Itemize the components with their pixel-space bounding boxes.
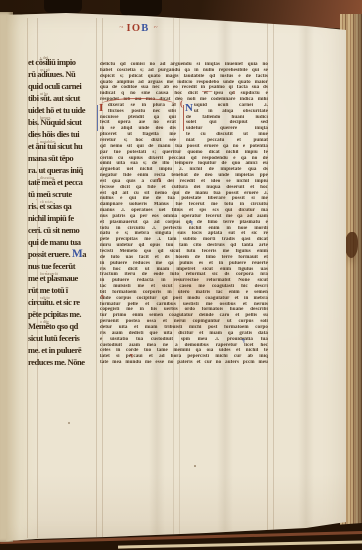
ink-speck bbox=[68, 422, 70, 424]
right-column-lines: ūquid oculi carnei .i.ut in aliqa obscūr… bbox=[186, 103, 268, 144]
running-title: ~· IOB ·~ bbox=[96, 22, 180, 35]
blue-paraph-mark: ¶ bbox=[190, 221, 193, 226]
bible-text-line: qsi nōrū adiuues. Nū bbox=[28, 68, 100, 80]
bible-text-line: breuesbis. Nūquid sicut bbox=[28, 116, 100, 128]
commentary-line: tate mea mundū me esse nō pateris et cur… bbox=[100, 360, 268, 366]
bible-text-line: ut hotibi sūt. aut sicut bbox=[28, 92, 100, 104]
bible-text-line: uidet hō et tu uide bbox=[28, 104, 100, 116]
bible-text-line: s deūet cōsiliū impio bbox=[28, 56, 100, 68]
blue-paraph-mark: ¶ bbox=[242, 339, 245, 344]
red-line-filler: ~~~~ bbox=[202, 90, 212, 95]
commentary-bottom-section: qd nemo sit qui de manu tua possit eruer… bbox=[100, 144, 268, 366]
bible-text-line: formauerūtme et plasmaue bbox=[28, 272, 100, 284]
binding-fitting bbox=[120, 0, 162, 16]
bible-text-line: ra. ut queras iniq̄ bbox=[28, 164, 100, 176]
red-paraph-mark: ¶ bbox=[158, 178, 161, 183]
red-paraph-mark: ¶ bbox=[130, 354, 133, 359]
commentary-top-section: delictū qd comisi nō ad arguendū si iniq… bbox=[100, 62, 268, 103]
left-column-lines: dixerat se in plura afflictōes positū ne… bbox=[100, 103, 176, 144]
bible-text-line: pēte pcipitas me. bbox=[28, 308, 100, 320]
manuscript-photo: ~· IOB ·~ 98 s deūet cōsiliū impioqsi nō… bbox=[0, 0, 362, 550]
interlinear-gloss: cū scias bbox=[40, 196, 53, 208]
header-letter: B bbox=[141, 23, 149, 35]
commentary-left-column: I dixerat se in plura afflictōes positū … bbox=[100, 103, 176, 144]
red-paraph-mark: ¶ bbox=[101, 295, 104, 300]
decorated-initial: M bbox=[72, 248, 82, 260]
interlinear-gloss: s deū bbox=[40, 52, 49, 64]
red-flourish: ·~ bbox=[153, 25, 156, 31]
header-letter: O bbox=[132, 23, 141, 35]
bible-text-line: subitocircuitu. et sic re bbox=[28, 296, 100, 308]
interlinear-gloss: subito bbox=[40, 292, 50, 304]
initial-penwork-tail bbox=[97, 105, 98, 131]
interlinear-gloss: ut ho bbox=[40, 88, 48, 100]
red-capital-touch: · bbox=[36, 197, 37, 202]
bible-text-column: s deūet cōsiliū impioqsi nōrū adiuues. N… bbox=[28, 56, 100, 368]
red-flourish: ~· bbox=[119, 25, 122, 31]
bible-text-line: tū meū scrute bbox=[28, 188, 100, 200]
bible-text-line: me. et in puluerē bbox=[28, 344, 100, 356]
bible-text-line: o dñeMemēto qso qd bbox=[28, 320, 100, 332]
ink-speck bbox=[194, 465, 196, 467]
bible-text-line: possit eruere. Ma bbox=[28, 248, 100, 260]
commentary-block: delictū qd comisi nō ad arguendū si iniq… bbox=[100, 62, 268, 366]
interlinear-gloss: breues bbox=[40, 112, 51, 124]
commentary-columns: I dixerat se in plura afflictōes positū … bbox=[100, 103, 268, 144]
bible-text-line: cū sciasris. et scias qa bbox=[28, 200, 100, 212]
red-penwork-arc bbox=[100, 98, 176, 105]
manuscript-page: ~· IOB ·~ 98 s deūet cōsiliū impioqsi nō… bbox=[6, 10, 346, 544]
running-title-letters: IOB bbox=[127, 23, 150, 34]
bible-text-line: dies hōis dies tui bbox=[28, 128, 100, 140]
red-punctuation-mark: ·: bbox=[232, 91, 235, 96]
ruling-line bbox=[273, 18, 274, 538]
bible-text-line: rūt me totū ī bbox=[28, 284, 100, 296]
bible-text-line: sicut lutū feceris bbox=[28, 332, 100, 344]
red-capital-touch: · bbox=[46, 269, 47, 274]
initial-penwork-tail bbox=[183, 105, 184, 131]
bible-text-line: qui de manu tua bbox=[28, 236, 100, 248]
bible-text-line: nus tue fecerūt bbox=[28, 260, 100, 272]
interlinear-gloss: formauerūt bbox=[40, 268, 58, 280]
bible-text-line: quid oculi carnei bbox=[28, 80, 100, 92]
bible-text-line: discutiastatē meā et pecca bbox=[28, 176, 100, 188]
bible-text-line: reduces me. Nōne bbox=[28, 356, 100, 368]
bible-text-line: mutabileset āni tui sicut hu bbox=[28, 140, 100, 152]
binding-fitting bbox=[44, 0, 82, 13]
interlinear-gloss: qsi nō bbox=[40, 64, 50, 76]
parchment-crease bbox=[298, 18, 314, 536]
red-penwork-flourish: ( bbox=[180, 101, 183, 106]
bible-text-line: mana sūt tēpo bbox=[28, 152, 100, 164]
bible-text-line: nichil impiū fe bbox=[28, 212, 100, 224]
interlinear-gloss: o dñe bbox=[40, 316, 49, 328]
commentary-right-column: N ūquid oculi carnei .i.ut in aliqa obsc… bbox=[186, 103, 268, 144]
bible-text-line: ceri. cū sit nemo bbox=[28, 224, 100, 236]
interlinear-gloss: mutabiles bbox=[40, 136, 56, 148]
interlinear-gloss: discutias bbox=[40, 172, 54, 184]
